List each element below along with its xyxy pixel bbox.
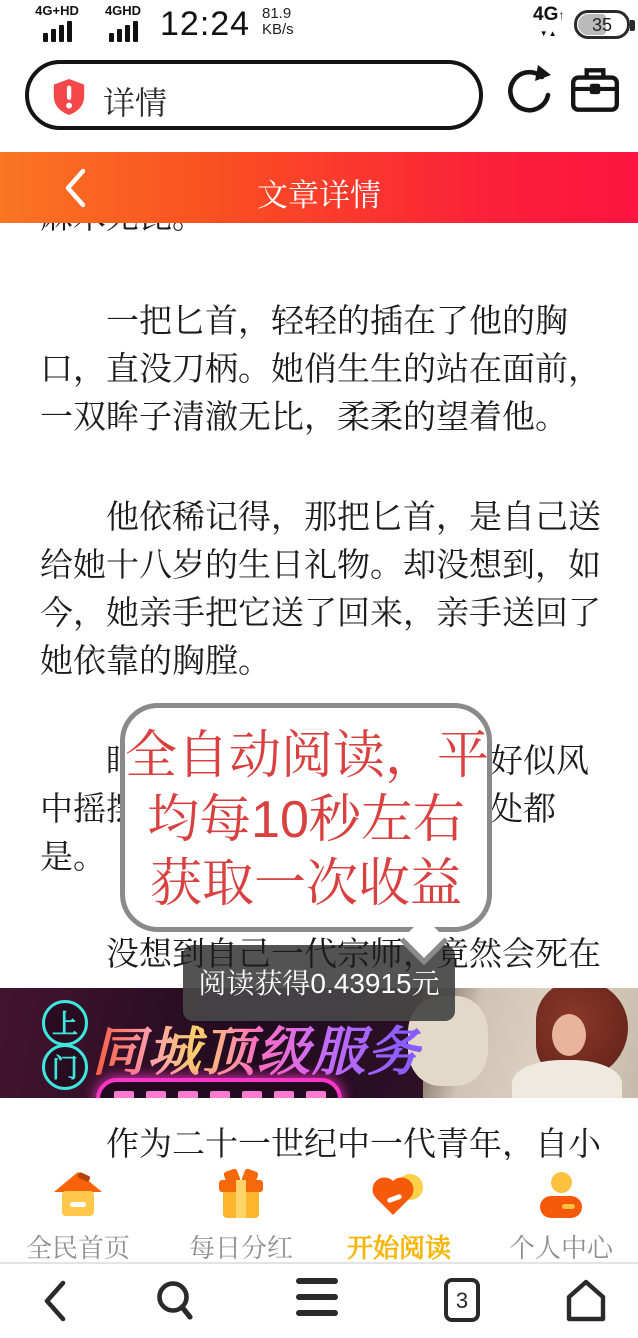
- network-right-indicator: 4G↑ ▼▲: [533, 6, 564, 43]
- updown-arrows-icon: ▼▲: [533, 25, 564, 43]
- article-line: 他依稀记得，那把匕首，是自己送: [106, 495, 601, 539]
- article-line: 口，直没刀柄。她俏生生的站在面前，: [40, 347, 601, 391]
- signal-bars-icon: [92, 20, 154, 42]
- battery-indicator: 35: [574, 10, 630, 39]
- ad-photo-woman: [423, 988, 638, 1098]
- browser-back-icon[interactable]: [40, 1278, 68, 1324]
- person-icon: [535, 1170, 587, 1222]
- address-bar[interactable]: 详情: [25, 60, 483, 130]
- signal-bars-icon: [26, 20, 88, 42]
- article-line-fragment: 好似风: [490, 739, 589, 783]
- browser-search-icon[interactable]: [153, 1278, 199, 1324]
- network-speed: 81.9 KB/s: [262, 6, 294, 38]
- article-line: 她依靠的胸膛。: [40, 639, 271, 683]
- nav-label-active: 开始阅读: [339, 1228, 459, 1265]
- nav-label: 个人中心: [501, 1228, 621, 1265]
- browser-bottom-bar: 3: [0, 1262, 638, 1338]
- woman-face: [552, 1014, 586, 1056]
- page-title: 文章详情: [0, 170, 638, 215]
- speed-unit: KB/s: [262, 22, 294, 38]
- ad-badge-circle: 门: [42, 1044, 88, 1090]
- refresh-icon[interactable]: [502, 62, 556, 120]
- article-line: 给她十八岁的生日礼物。却没想到，如: [40, 543, 601, 587]
- address-bar-text: 详情: [103, 78, 167, 124]
- ad-badge-circle: 上: [42, 1000, 88, 1046]
- tooltip-line: 全自动阅读，平: [125, 724, 487, 788]
- auto-read-tooltip: 全自动阅读，平 均每10秒左右 获取一次收益: [120, 703, 492, 932]
- nav-label: 全民首页: [18, 1228, 138, 1265]
- heart-icon: [373, 1170, 425, 1222]
- browser-url-row: 详情: [0, 48, 638, 152]
- browser-home-icon[interactable]: [562, 1278, 610, 1324]
- network-type-label: 4GHD: [92, 4, 154, 17]
- battery-cap: [630, 20, 635, 31]
- app-bottom-nav: 全民首页 每日分红 开始阅读 个人中心: [0, 1160, 638, 1262]
- home-icon: [52, 1170, 104, 1222]
- tab-count: 3: [456, 1288, 468, 1313]
- browser-tabs-icon[interactable]: 3: [444, 1278, 480, 1322]
- signal-indicator-sim2: 4GHD: [92, 4, 154, 42]
- article-line-fragment: 是。: [40, 835, 106, 879]
- clock: 12:24: [160, 5, 250, 44]
- speed-value: 81.9: [262, 6, 294, 22]
- reward-toast-text: 阅读获得0.43915元: [183, 962, 455, 1002]
- article-line-fragment: 处都: [490, 787, 556, 831]
- status-bar: 4G+HD 4GHD 12:24 81.9 KB/s 4G↑ ▼▲ 35: [0, 0, 638, 48]
- article-line: 一把匕首，轻轻的插在了他的胸: [106, 299, 568, 343]
- up-arrow-icon: ↑: [558, 8, 564, 22]
- article-line: 一双眸子清澈无比，柔柔的望着他。: [40, 395, 568, 439]
- battery-percent: 35: [577, 15, 627, 36]
- tooltip-line: 获取一次收益: [125, 852, 487, 916]
- tooltip-line: 均每10秒左右: [125, 788, 487, 852]
- signal-indicator-sim1: 4G+HD: [26, 4, 88, 42]
- article-header: 文章详情: [0, 152, 638, 223]
- network-type-label: 4G+HD: [26, 4, 88, 17]
- toolbox-icon[interactable]: [568, 62, 622, 118]
- nav-label: 每日分红: [181, 1228, 301, 1265]
- browser-menu-icon[interactable]: [296, 1278, 338, 1326]
- article-line: 今，她亲手把它送了回来，亲手送回了: [40, 591, 601, 635]
- ad-title: 同城顶级服务: [92, 1010, 422, 1086]
- phone-screen: 4G+HD 4GHD 12:24 81.9 KB/s 4G↑ ▼▲ 35: [0, 0, 638, 1338]
- shield-alert-icon: [51, 78, 87, 116]
- ad-subtitle-pill: [96, 1078, 342, 1098]
- gift-icon: [215, 1170, 267, 1222]
- woman-top: [512, 1060, 622, 1098]
